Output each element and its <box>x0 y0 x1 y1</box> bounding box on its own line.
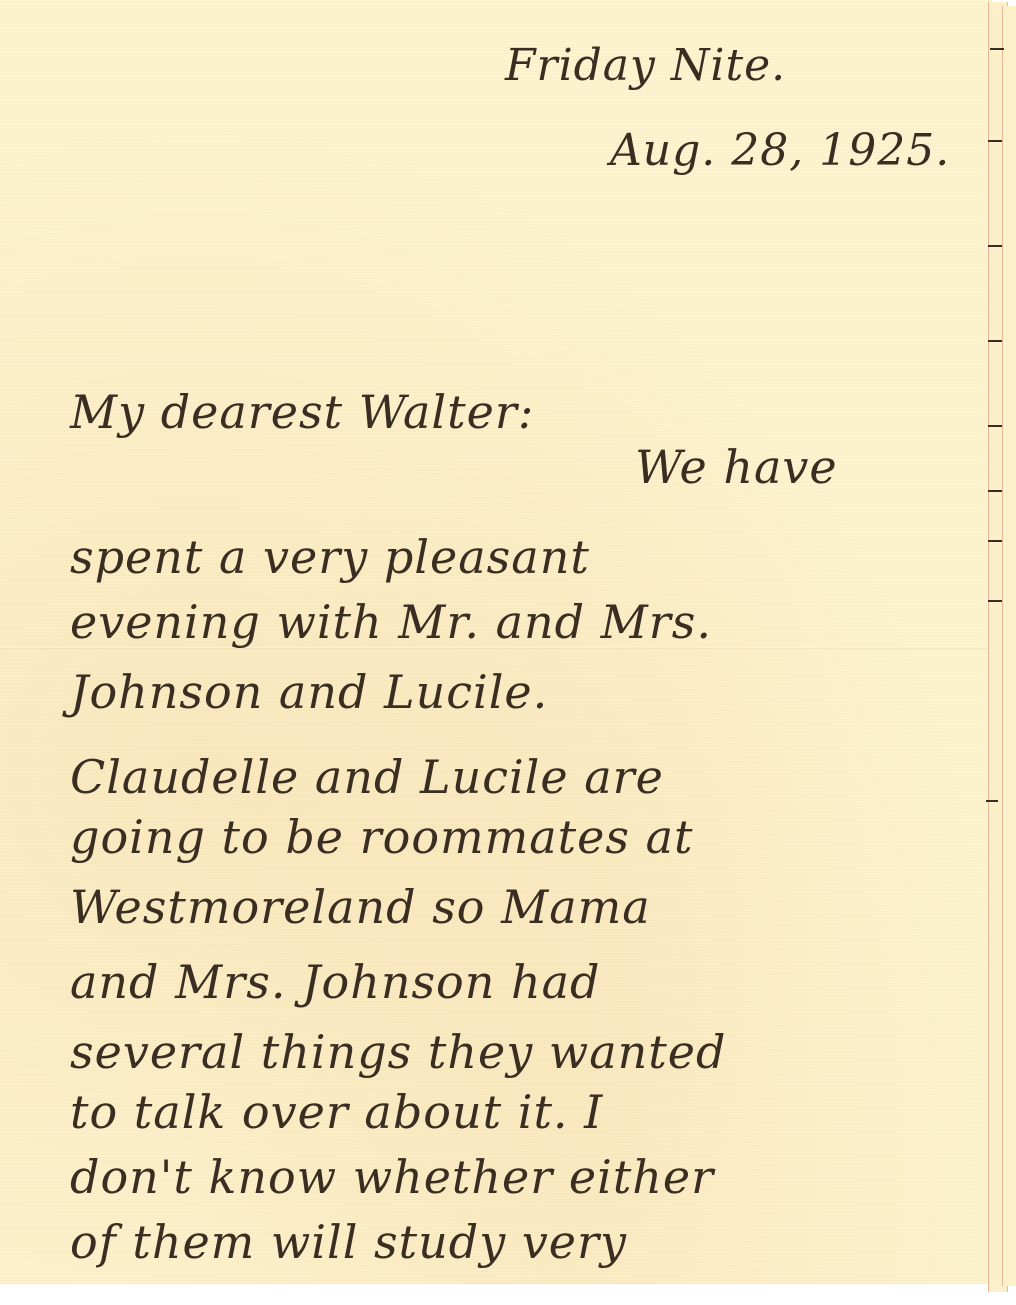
salutation: My dearest Walter: <box>70 385 534 439</box>
letter-line: to talk over about it. I <box>70 1085 603 1139</box>
letter-page: Friday Nite. Aug. 28, 1925. My dearest W… <box>0 0 992 1284</box>
letter-line: spent a very pleasant <box>70 530 590 584</box>
bleed-through-mark <box>990 48 1004 50</box>
bleed-through-mark <box>986 800 998 802</box>
letter-line: don't know whether either <box>70 1150 714 1204</box>
bleed-through-mark <box>988 600 1002 602</box>
bleed-through-mark <box>988 140 1002 142</box>
letter-line: several things they wanted <box>70 1025 726 1079</box>
bleed-through-mark <box>988 540 1002 542</box>
opening-words: We have <box>635 440 838 494</box>
bleed-through-mark <box>988 425 1002 427</box>
letter-line: Johnson and Lucile. <box>70 665 548 719</box>
letter-line: going to be roommates at <box>70 810 694 864</box>
letter-line: Westmoreland so Mama <box>70 880 651 934</box>
letter-line: Claudelle and Lucile are <box>70 750 664 804</box>
letter-line: evening with Mr. and Mrs. <box>70 595 712 649</box>
bleed-through-mark <box>988 490 1002 492</box>
bleed-through-mark <box>988 340 1002 342</box>
letter-date: Aug. 28, 1925. <box>610 125 950 176</box>
underlying-sheet-edge <box>1002 6 1016 1286</box>
letter-day: Friday Nite. <box>505 40 786 91</box>
bleed-through-mark <box>988 245 1002 247</box>
letter-line: of them will study very <box>70 1215 627 1269</box>
letter-line: and Mrs. Johnson had <box>70 955 601 1009</box>
